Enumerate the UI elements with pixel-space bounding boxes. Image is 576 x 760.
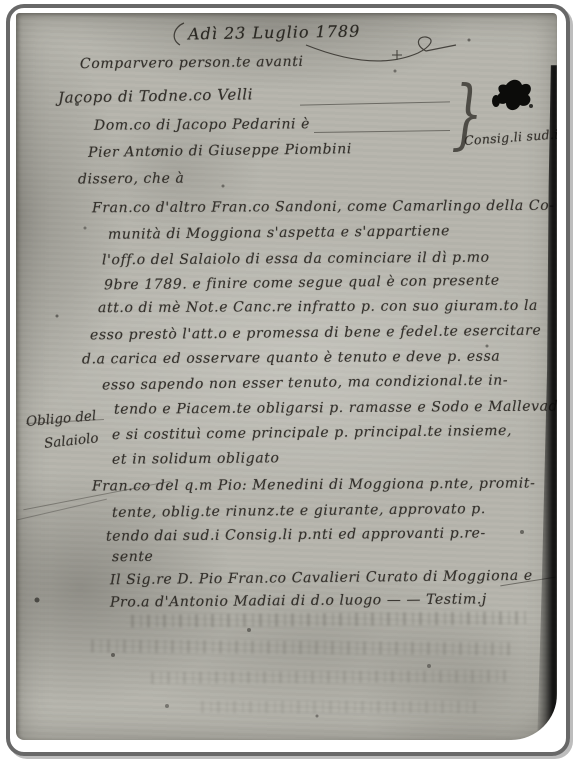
bleed-through [126, 611, 526, 627]
manuscript-line: att.o di mè Not.e Canc.re infratto p. co… [98, 298, 538, 316]
manuscript-line: dissero, che à [78, 171, 185, 188]
date-line: Adì 23 Luglio 1789 [188, 21, 361, 43]
manuscript-line: tendo e Piacem.te obligarsi p. ramasse e… [114, 398, 557, 417]
dash-rule [314, 130, 450, 133]
manuscript-line: d.a carica ed osservare quanto è tenuto … [82, 349, 500, 368]
manuscript-line: munità di Moggiona s'aspetta e s'apparti… [108, 223, 450, 243]
dash-rule [300, 101, 450, 105]
manuscript-line: Pier Antonio di Giuseppe Piombini [88, 141, 352, 161]
manuscript-line: l'off.o del Salaiolo di essa da comincia… [102, 250, 490, 269]
margin-note-line2: Salaiolo [43, 430, 99, 452]
manuscript-line: et in solidum obligato [112, 450, 280, 467]
manuscript-line: e si costituì come principale p. princip… [112, 423, 512, 443]
ink-blot [486, 75, 538, 125]
manuscript-line: Dom.co di Jacopo Pedarini è [94, 116, 310, 134]
manuscript-line: 9bre 1789. e finire come segue qual è co… [104, 273, 500, 294]
manuscript-line: Comparvero person.te avanti [80, 54, 304, 72]
manuscript-line: esso prestò l'att.o e promessa di bene e… [90, 323, 541, 344]
manuscript-line: sente [112, 549, 154, 565]
manuscript-paper: Adì 23 Luglio 1789 Comparvero person.te … [16, 13, 557, 740]
manuscript-line: esso sapendo non esser tenuto, ma condiz… [102, 373, 508, 394]
manuscript-line: tendo dai sud.i Consig.li p.nti ed appro… [106, 525, 486, 544]
manuscript-line: Fran.co del q.m Pio: Menedini di Moggion… [92, 475, 535, 494]
manuscript-line: tente, oblig.te rinunz.te e giurante, ap… [112, 501, 486, 521]
paper-specks [16, 13, 18, 15]
bleed-through [196, 701, 476, 713]
manuscript-line: Fran.co d'altro Fran.co Sandoni, come Ca… [92, 198, 555, 216]
scanned-manuscript-page: Adì 23 Luglio 1789 Comparvero person.te … [0, 0, 576, 760]
bleed-through [86, 639, 516, 655]
manuscript-line: Pro.a d'Antonio Madiai di d.o luogo — — … [110, 591, 487, 610]
bleed-through [146, 670, 506, 684]
manuscript-line: Jacopo di Todne.co Velli [58, 85, 253, 106]
manuscript-line: Il Sig.re D. Pio Fran.co Cavalieri Curat… [110, 568, 533, 588]
